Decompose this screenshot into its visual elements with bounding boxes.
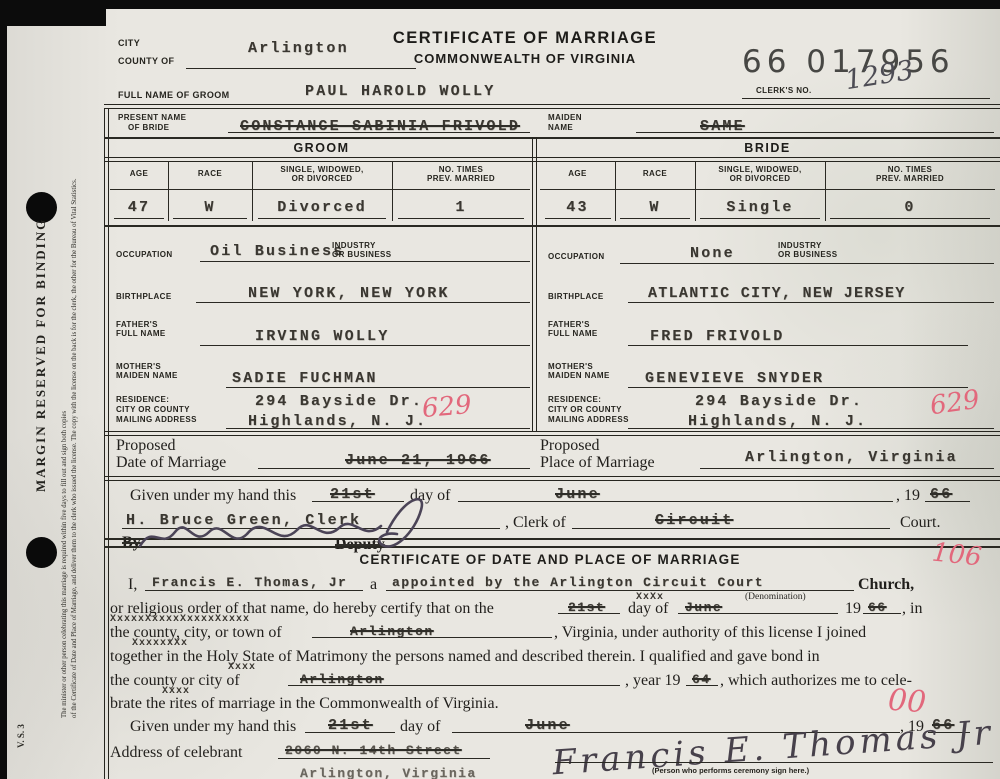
deputy-signature xyxy=(135,488,475,560)
proposed-place-label-1: Proposed xyxy=(540,437,600,455)
groom-times-value: 1 xyxy=(392,199,530,216)
cert-l4-text: together in the Holy State of Matrimony … xyxy=(110,648,820,666)
bride-times-underline xyxy=(830,218,990,219)
punch-hole-bottom xyxy=(26,537,57,568)
celebrant-address-city: Arlington, Virginia xyxy=(300,766,477,779)
red-number-106: 106 xyxy=(931,537,984,572)
groom-times-header-2: Prev. Married xyxy=(392,174,530,183)
cert-appointment-value: appointed by the Arlington Circuit Court xyxy=(392,575,764,590)
clerk-month-underline xyxy=(458,501,893,502)
maiden-name-underline xyxy=(636,132,994,133)
groom-birthplace-label: Birthplace xyxy=(116,292,172,301)
bottom-given-text: Given under my hand this xyxy=(130,718,296,736)
cert-heading: CERTIFICATE OF DATE AND PLACE OF MARRIAG… xyxy=(200,552,900,567)
clerks-no-label: Clerk's No. xyxy=(756,86,812,95)
groom-race-value: W xyxy=(168,199,252,216)
bride-father-value: FRED FRIVOLD xyxy=(650,328,784,345)
clerk-month-value: June xyxy=(555,486,600,503)
bride-race-header: Race xyxy=(615,169,695,178)
bride-occupation-value: None xyxy=(690,245,735,262)
red-number-00: 00 xyxy=(887,683,928,721)
cert-l3-town-underline xyxy=(312,637,552,638)
groom-header-underline xyxy=(110,189,530,190)
proposed-date-label-1: Proposed xyxy=(116,437,176,455)
divider-below-bride-name xyxy=(104,137,1000,139)
groom-section-title: GROOM xyxy=(110,141,533,155)
certificate-of-marriage-document: MARGIN RESERVED FOR BINDING The minister… xyxy=(0,0,1000,779)
proposed-place-label-2: Place of Marriage xyxy=(540,454,655,472)
groom-times-header-1: No. Times xyxy=(392,165,530,174)
cert-name-underline xyxy=(145,590,363,591)
bride-birthplace-value: ATLANTIC CITY, NEW JERSEY xyxy=(648,285,906,302)
groom-industry-label-1: Industry xyxy=(332,241,376,250)
divider-below-groom-name xyxy=(104,104,1000,109)
groom-occupation-value: Oil Business xyxy=(210,243,344,260)
cert-l5-text-b: , year 19 xyxy=(625,672,681,690)
clerks-no-underline xyxy=(742,98,990,99)
bride-status-header-1: Single, Widowed, xyxy=(695,165,825,174)
bride-mother-value: GENEVIEVE SNYDER xyxy=(645,370,824,387)
center-column-divider xyxy=(532,137,537,432)
bride-times-header-1: No. Times xyxy=(825,165,995,174)
bride-father-label-2: Full Name xyxy=(548,329,598,338)
bride-status-value: Single xyxy=(695,199,825,216)
cert-l2-month-underline xyxy=(678,613,838,614)
clerk-year-underline xyxy=(925,501,970,502)
clerk-of-text: , Clerk of xyxy=(505,514,566,532)
binding-margin-notes: The minister or other person celebrating… xyxy=(60,56,86,718)
groom-address-line1: 294 Bayside Dr. xyxy=(255,393,423,410)
document-title: Certificate of Marriage xyxy=(365,29,685,48)
scan-edge-left xyxy=(0,0,7,779)
proposed-place-value: Arlington, Virginia xyxy=(745,449,958,466)
groom-mother-label-1: Mother's xyxy=(116,362,161,371)
divider-below-table xyxy=(104,225,1000,227)
cert-l2-day-underline xyxy=(558,613,620,614)
groom-name-value: PAUL HAROLD WOLLY xyxy=(305,83,495,100)
bride-residence-underline xyxy=(628,428,994,429)
groom-mother-underline xyxy=(226,387,530,388)
groom-father-label-1: Father's xyxy=(116,320,158,329)
bride-status-underline xyxy=(700,218,820,219)
celebrant-address-label: Address of celebrant xyxy=(110,744,242,762)
proposed-date-underline xyxy=(258,468,530,469)
bride-name-underline xyxy=(228,132,530,133)
sign-here-caption: (Person who performs ceremony sign here.… xyxy=(652,766,809,775)
bride-address-line1: 294 Bayside Dr. xyxy=(695,393,863,410)
bride-mother-underline xyxy=(628,387,968,388)
groom-birthplace-underline xyxy=(196,302,530,303)
bride-industry-label-2: or Business xyxy=(778,250,838,259)
bride-birthplace-label: Birthplace xyxy=(548,292,604,301)
cert-l5-city-underline xyxy=(288,685,620,686)
groom-age-header: Age xyxy=(110,169,168,178)
groom-father-underline xyxy=(200,345,530,346)
proposed-date-label-2: Date of Marriage xyxy=(116,454,226,472)
scan-edge-top xyxy=(100,0,1000,9)
groom-times-underline xyxy=(398,218,524,219)
cert-l2-dayof: day of xyxy=(628,600,668,618)
bride-father-label-1: Father's xyxy=(548,320,590,329)
bride-name-label-2: of Bride xyxy=(128,123,169,132)
bride-name-label-1: Present Name xyxy=(118,113,186,122)
clerk-court-suffix: Court. xyxy=(900,514,940,532)
groom-age-value: 47 xyxy=(110,199,168,216)
groom-status-header-2: or Divorced xyxy=(252,174,392,183)
city-label: City xyxy=(118,38,140,48)
bride-age-header: Age xyxy=(540,169,615,178)
groom-status-value: Divorced xyxy=(252,199,392,216)
proposed-date-value: June 21, 1966 xyxy=(345,452,491,469)
bride-residence-label-3: Mailing Address xyxy=(548,415,629,424)
cert-celebrant-name: Francis E. Thomas, Jr xyxy=(152,575,347,590)
groom-mother-value: SADIE FUCHMAN xyxy=(232,370,378,387)
groom-status-header-1: Single, Widowed, xyxy=(252,165,392,174)
cert-l2-year-underline xyxy=(863,613,901,614)
groom-birthplace-value: NEW YORK, NEW YORK xyxy=(248,285,450,302)
cert-l2-19: 19 xyxy=(845,600,861,618)
groom-red-annotation: 629 xyxy=(421,390,473,424)
proposed-place-underline xyxy=(700,468,994,469)
groom-residence-underline xyxy=(226,428,530,429)
groom-father-label-2: Full Name xyxy=(116,329,166,338)
city-underline xyxy=(186,68,416,69)
bride-mother-label-1: Mother's xyxy=(548,362,593,371)
maiden-name-label-2: Name xyxy=(548,123,573,132)
bride-times-header-2: Prev. Married xyxy=(825,174,995,183)
bride-birthplace-underline xyxy=(628,302,994,303)
bottom-day-value: 21st xyxy=(328,717,373,734)
groom-mother-label-2: Maiden Name xyxy=(116,371,178,380)
bride-header-underline xyxy=(540,189,995,190)
cert-l6-text: brate the rites of marriage in the Commo… xyxy=(110,695,499,713)
groom-residence-label-1: Residence: xyxy=(116,395,169,404)
groom-residence-label-2: City or County xyxy=(116,405,190,414)
cert-l2-in: , in xyxy=(902,600,922,618)
bride-occupation-underline xyxy=(620,263,994,264)
bride-industry-label-1: Industry xyxy=(778,241,822,250)
cert-l1-i: I, xyxy=(128,576,137,594)
divider-below-proposed xyxy=(104,476,1000,481)
bride-age-value: 43 xyxy=(540,199,615,216)
groom-status-underline xyxy=(258,218,386,219)
form-number: V. S. 3 xyxy=(16,724,26,748)
scan-edge-corner xyxy=(0,0,106,26)
bride-red-annotation: 629 xyxy=(928,385,981,422)
cert-appointment-underline xyxy=(386,590,854,591)
bottom-month-value: June xyxy=(525,717,570,734)
binding-note-line2: of the Certificate of Date and Place of … xyxy=(70,56,80,718)
county-of-label: County of xyxy=(118,56,174,66)
bottom-dayof-text: day of xyxy=(400,718,440,736)
binding-margin-title: MARGIN RESERVED FOR BINDING xyxy=(33,292,49,492)
groom-name-label: Full Name of Groom xyxy=(118,90,230,100)
cert-denomination-caption: (Denomination) xyxy=(745,592,806,602)
binding-note-line1: The minister or other person celebrating… xyxy=(60,56,70,718)
cert-l3-text-b: , Virginia, under authority of this lice… xyxy=(554,624,866,642)
bride-race-underline xyxy=(620,218,690,219)
bride-race-value: W xyxy=(615,199,695,216)
maiden-name-label-1: Maiden xyxy=(548,113,582,122)
bride-section-title: BRIDE xyxy=(540,141,995,155)
document-subtitle: Commonwealth of Virginia xyxy=(365,51,685,66)
cert-church-text: Church, xyxy=(858,576,914,594)
bride-occupation-label: Occupation xyxy=(548,252,605,261)
celebrant-address-underline xyxy=(278,758,490,759)
groom-residence-label-3: Mailing Address xyxy=(116,415,197,424)
groom-race-header: Race xyxy=(168,169,252,178)
clerk-year-prefix: , 19 xyxy=(896,487,920,505)
celebrant-address-value: 2060 N. 14th Street xyxy=(285,743,462,758)
bride-status-header-2: or Divorced xyxy=(695,174,825,183)
cert-l1-a-text: a xyxy=(370,576,377,594)
groom-father-value: IRVING WOLLY xyxy=(255,328,389,345)
bride-residence-label-2: City or County xyxy=(548,405,622,414)
groom-age-underline xyxy=(114,218,164,219)
city-value: Arlington xyxy=(248,40,349,57)
bride-times-value: 0 xyxy=(825,199,995,216)
cert-l5-text-c: , which authorizes me to cele- xyxy=(720,672,912,690)
cert-l5-year-underline xyxy=(686,685,718,686)
bride-mother-label-2: Maiden Name xyxy=(548,371,610,380)
groom-race-underline xyxy=(173,218,247,219)
bride-father-underline xyxy=(628,345,968,346)
bride-residence-label-1: Residence: xyxy=(548,395,601,404)
divider-below-residence xyxy=(104,431,1000,436)
clerk-court-value: Circuit xyxy=(655,512,733,529)
form-left-border xyxy=(104,108,109,779)
divider-below-section-titles xyxy=(104,157,1000,162)
groom-occupation-label: Occupation xyxy=(116,250,173,259)
celebrant-signature-underline xyxy=(555,762,993,763)
bride-age-underline xyxy=(545,218,611,219)
groom-occupation-underline xyxy=(200,261,530,262)
groom-industry-label-2: or Business xyxy=(332,250,392,259)
